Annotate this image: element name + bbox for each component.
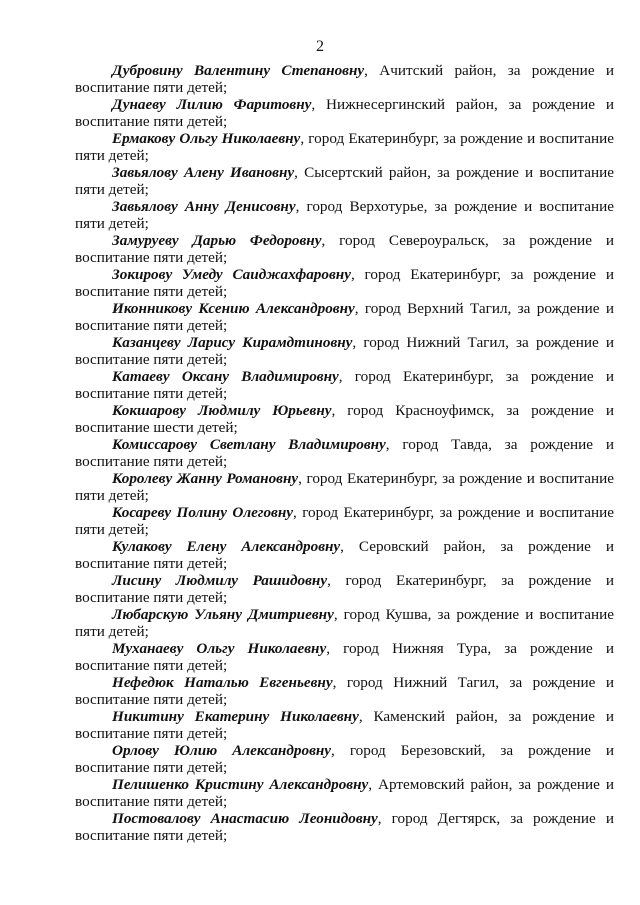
recipient-name: Лисину Людмилу Рашидовну <box>112 572 327 589</box>
list-item: Нефедюк Наталью Евгеньевну, город Нижний… <box>75 674 614 708</box>
list-item: Никитину Екатерину Николаевну, Каменский… <box>75 708 614 742</box>
list-item: Завьялову Анну Денисовну, город Верхотур… <box>75 198 614 232</box>
list-item: Королеву Жанну Романовну, город Екатерин… <box>75 470 614 504</box>
list-item: Орлову Юлию Александровну, город Березов… <box>75 742 614 776</box>
recipient-name: Дунаеву Лилию Фаритовну <box>112 96 311 113</box>
recipient-name: Катаеву Оксану Владимировну <box>112 368 339 385</box>
recipient-name: Зокирову Умеду Саиджахфаровну <box>112 266 351 283</box>
recipient-name: Завьялову Анну Денисовну <box>112 198 296 215</box>
recipient-name: Завьялову Алену Ивановну <box>112 164 294 181</box>
recipient-name: Никитину Екатерину Николаевну <box>112 708 359 725</box>
recipient-name: Муханаеву Ольгу Николаевну <box>112 640 326 657</box>
recipient-name: Кулакову Елену Александровну <box>112 538 340 555</box>
list-item: Дунаеву Лилию Фаритовну, Нижнесергинский… <box>75 96 614 130</box>
page-number: 2 <box>0 38 640 56</box>
recipient-name: Комиссарову Светлану Владимировну <box>112 436 386 453</box>
recipient-name: Орлову Юлию Александровну <box>112 742 331 759</box>
list-item: Комиссарову Светлану Владимировну, город… <box>75 436 614 470</box>
list-item: Казанцеву Ларису Кирамдтиновну, город Ни… <box>75 334 614 368</box>
recipient-name: Дубровину Валентину Степановну <box>112 62 364 79</box>
list-item: Кулакову Елену Александровну, Серовский … <box>75 538 614 572</box>
recipient-name: Кокшарову Людмилу Юрьевну <box>112 402 332 419</box>
list-item: Дубровину Валентину Степановну, Ачитский… <box>75 62 614 96</box>
recipient-name: Любарскую Ульяну Дмитриевну <box>112 606 334 623</box>
recipient-name: Косареву Полину Олеговну <box>112 504 293 521</box>
list-item: Замуруеву Дарью Федоровну, город Североу… <box>75 232 614 266</box>
recipient-name: Постовалову Анастасию Леонидовну <box>112 810 378 827</box>
list-item: Постовалову Анастасию Леонидовну, город … <box>75 810 614 844</box>
award-list: Дубровину Валентину Степановну, Ачитский… <box>75 62 614 844</box>
list-item: Завьялову Алену Ивановну, Сысертский рай… <box>75 164 614 198</box>
recipient-name: Ермакову Ольгу Николаевну <box>112 130 300 147</box>
list-item: Иконникову Ксению Александровну, город В… <box>75 300 614 334</box>
recipient-name: Пелишенко Кристину Александровну <box>112 776 368 793</box>
recipient-name: Казанцеву Ларису Кирамдтиновну <box>112 334 352 351</box>
list-item: Зокирову Умеду Саиджахфаровну, город Ека… <box>75 266 614 300</box>
list-item: Ермакову Ольгу Николаевну, город Екатери… <box>75 130 614 164</box>
recipient-name: Нефедюк Наталью Евгеньевну <box>112 674 333 691</box>
list-item: Кокшарову Людмилу Юрьевну, город Красноу… <box>75 402 614 436</box>
list-item: Муханаеву Ольгу Николаевну, город Нижняя… <box>75 640 614 674</box>
list-item: Лисину Людмилу Рашидовну, город Екатерин… <box>75 572 614 606</box>
list-item: Катаеву Оксану Владимировну, город Екате… <box>75 368 614 402</box>
recipient-name: Королеву Жанну Романовну <box>112 470 298 487</box>
list-item: Любарскую Ульяну Дмитриевну, город Кушва… <box>75 606 614 640</box>
recipient-name: Замуруеву Дарью Федоровну <box>112 232 321 249</box>
recipient-name: Иконникову Ксению Александровну <box>112 300 355 317</box>
list-item: Косареву Полину Олеговну, город Екатерин… <box>75 504 614 538</box>
list-item: Пелишенко Кристину Александровну, Артемо… <box>75 776 614 810</box>
